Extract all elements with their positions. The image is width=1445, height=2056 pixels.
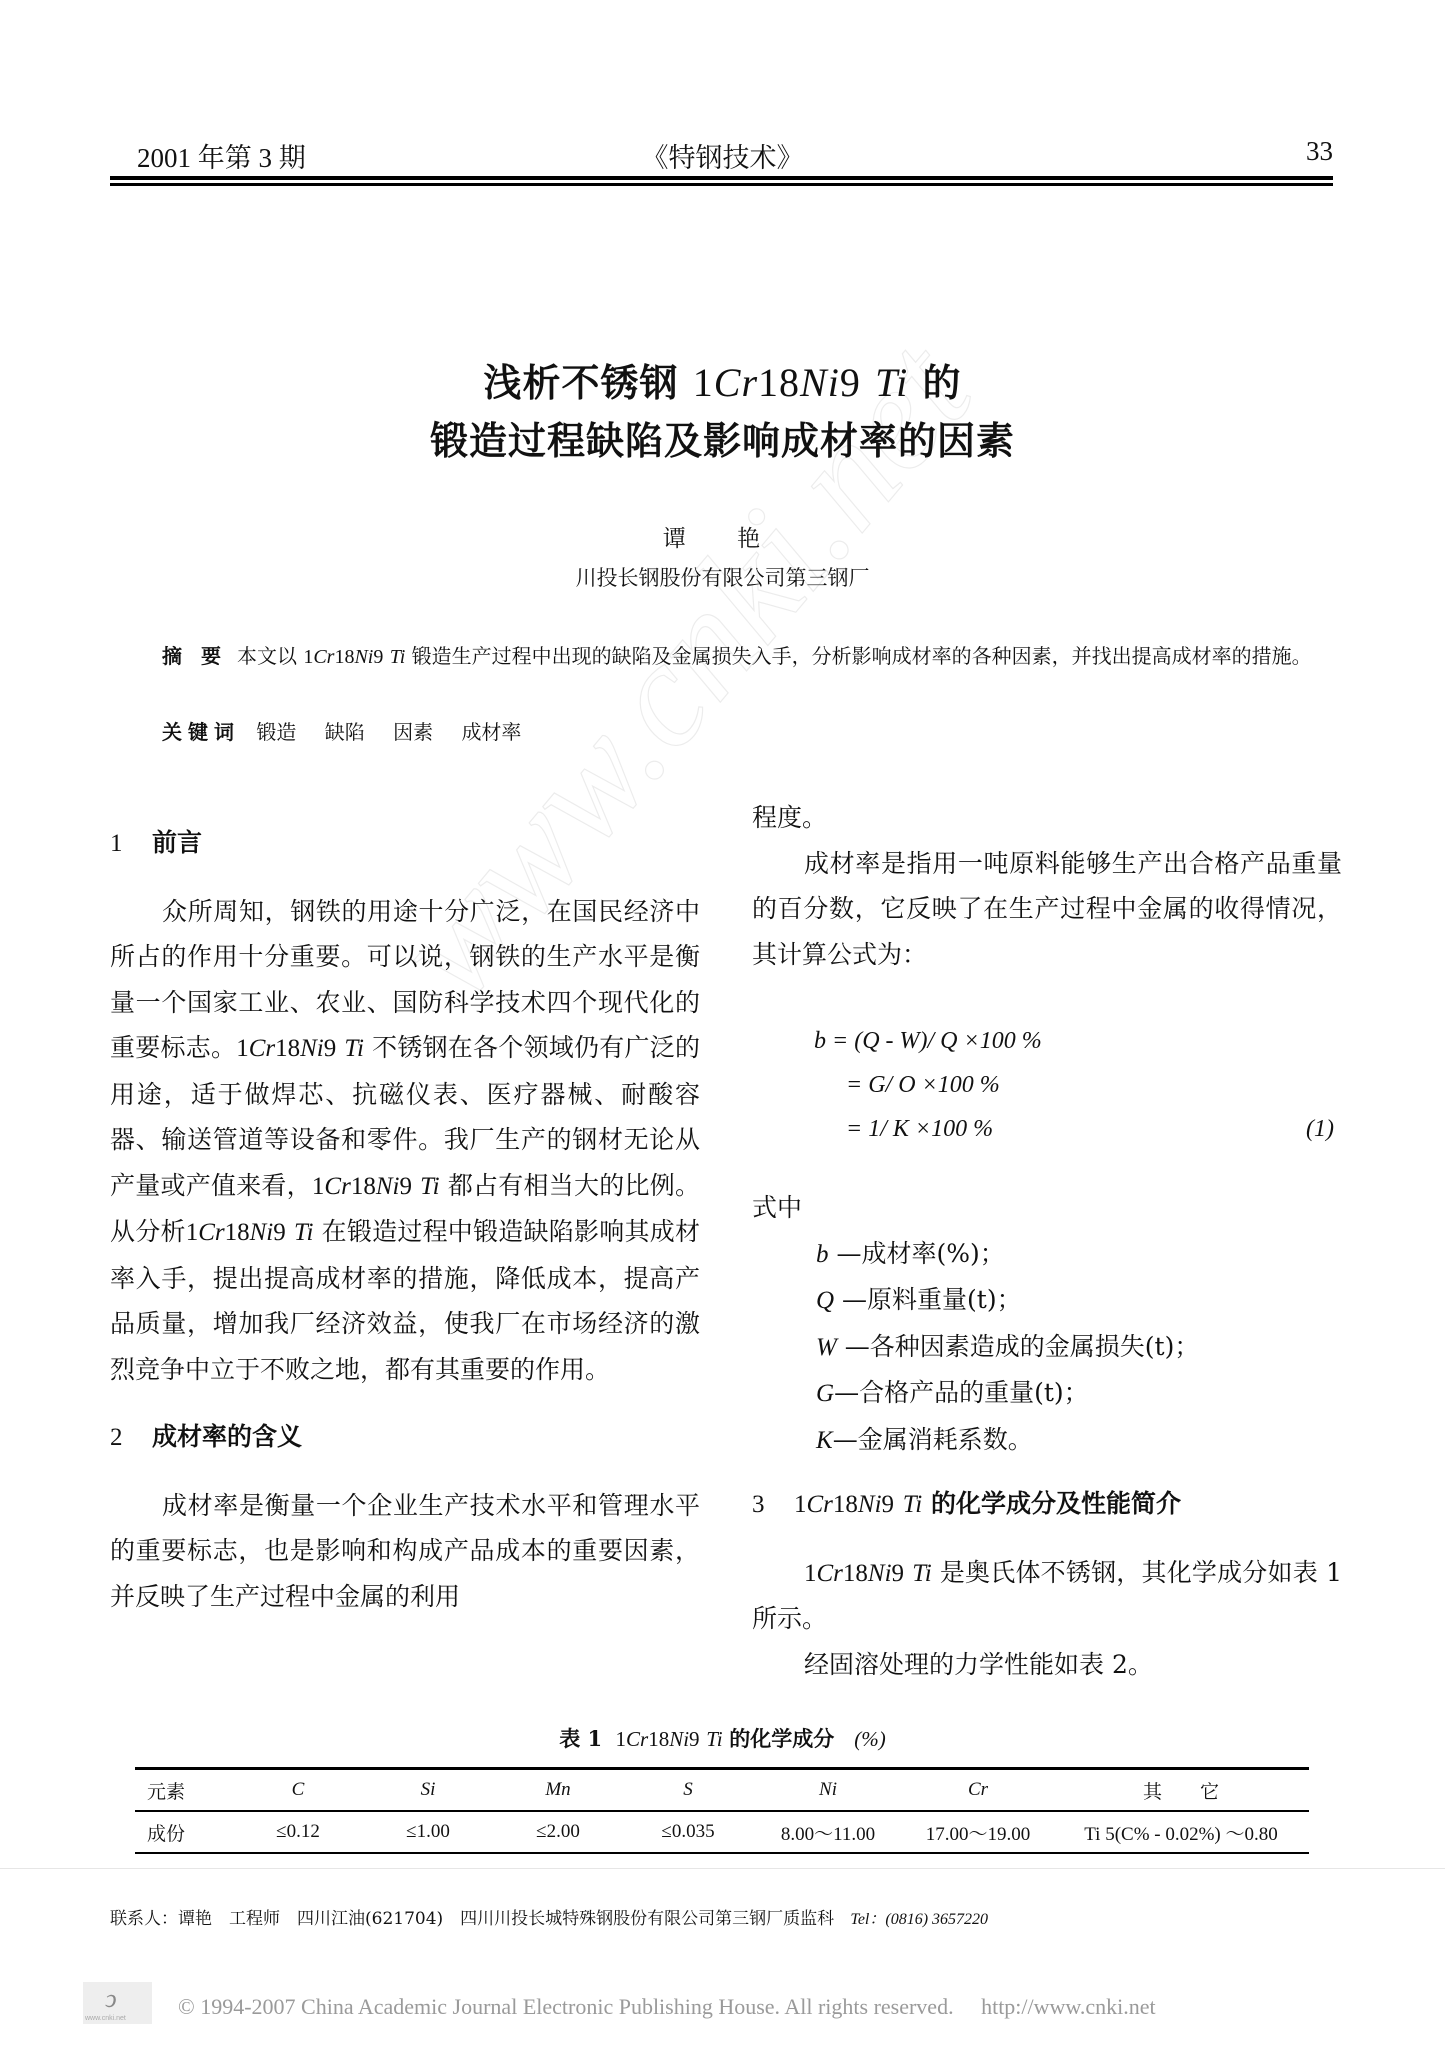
symbol: W [816, 1334, 837, 1361]
right-column: 程度。 成材率是指用一吨原料能够生产出合格产品重量的百分数，它反映了在生产过程中… [752, 795, 1342, 1687]
title-text: 的 [922, 361, 961, 405]
element: Mn [545, 1779, 570, 1800]
abstract-text: 本文以 [237, 644, 297, 668]
keyword: 因素 [393, 720, 433, 744]
alloy-part: Ti [875, 360, 908, 405]
contact-tel: Tel：(0816) 3657220 [850, 1911, 988, 1928]
element: C [292, 1779, 305, 1800]
affiliation: 川投长钢股份有限公司第三钢厂 [0, 562, 1445, 592]
formula-text: = 1/ K ×100 % [846, 1116, 993, 1142]
page-subtitle: 锻造过程缺陷及影响成材率的因素 [0, 410, 1445, 465]
abstract-label: 摘 要 [162, 644, 227, 668]
header-cell: Ni [753, 1769, 903, 1812]
definition-item: W —各种因素造成的金属损失(t)； [752, 1324, 1342, 1371]
value-cell: ≤0.12 [233, 1811, 363, 1853]
formula-line: b = (Q - W)/ Q ×100 % [814, 1019, 1342, 1063]
journal-name: 《特钢技术》 [0, 136, 1445, 175]
cnki-logo-icon: ↄ [105, 1984, 117, 2014]
header-cell: S [623, 1769, 753, 1812]
table-row: 成份 ≤0.12 ≤1.00 ≤2.00 ≤0.035 8.00～11.00 1… [135, 1811, 1309, 1853]
header-rule [110, 176, 1333, 180]
value-cell: 8.00～11.00 [753, 1811, 903, 1853]
value-cell: Ti 5(C% - 0.02%) ～0.80 [1053, 1811, 1309, 1853]
formula-text: = G/ O ×100 % [846, 1072, 1000, 1098]
section-heading-1: 1前言 [110, 820, 700, 867]
definition-list: b —成材率(%)； Q —原料重量(t)； W —各种因素造成的金属损失(t)… [752, 1231, 1342, 1464]
alloy-part: Cr [714, 360, 758, 405]
page-number: 33 [1306, 136, 1333, 167]
value-cell: ≤2.00 [493, 1811, 623, 1853]
element: Cr [968, 1779, 988, 1800]
contact-text: 联系人：谭艳 工程师 四川江油(621704) 四川川投长城特殊钢股份有限公司第… [110, 1909, 834, 1929]
header-cell: C [233, 1769, 363, 1812]
paragraph: 经固溶处理的力学性能如表 2。 [752, 1642, 1342, 1688]
keyword: 缺陷 [325, 720, 365, 744]
formula-text: b = (Q - W)/ Q ×100 % [814, 1028, 1042, 1054]
paragraph-continuation: 程度。 [752, 795, 1342, 841]
section-heading-2: 2成材率的含义 [110, 1414, 700, 1461]
value-cell: 17.00～19.00 [903, 1811, 1053, 1853]
keywords-label: 关键词 [162, 720, 240, 744]
element: S [683, 1779, 693, 1800]
definition: —金属消耗系数。 [833, 1425, 1033, 1454]
section-title: 前言 [152, 828, 202, 857]
caption-unit: (%) [854, 1727, 885, 1751]
abstract: 摘 要本文以 1Cr18Ni9 Ti 锻造生产过程中出现的缺陷及金属损失入手，分… [110, 640, 1335, 674]
definition-item: b —成材率(%)； [752, 1231, 1342, 1278]
symbol: b [816, 1241, 829, 1268]
definition: —成材率(%)； [836, 1239, 1004, 1268]
paragraph: 成材率是衡量一个企业生产技术水平和管理水平的重要标志，也是影响和构成产品成本的重… [110, 1483, 700, 1620]
header-cell: 元素 [135, 1769, 233, 1812]
caption-label: 表 1 [559, 1726, 602, 1751]
section-number: 2 [110, 1415, 152, 1461]
keywords: 关键词 锻造 缺陷 因素 成材率 [162, 716, 543, 749]
page-title: 浅析不锈钢 1Cr18Ni9 Ti 的 [0, 352, 1445, 407]
header-cell: 其 它 [1053, 1769, 1309, 1812]
formula-line: = 1/ K ×100 %(1) [814, 1107, 1342, 1151]
caption-text: 的化学成分 [729, 1726, 834, 1751]
definition: —各种因素造成的金属损失(t)； [845, 1332, 1200, 1361]
definition-item: G—合格产品的重量(t)； [752, 1370, 1342, 1417]
alloy-part: Ni [800, 360, 840, 405]
section-title: 的化学成分及性能简介 [931, 1489, 1181, 1518]
section-title: 成材率的含义 [152, 1422, 302, 1451]
definition-item: K—金属消耗系数。 [752, 1417, 1342, 1464]
alloy-part: 1 [693, 360, 714, 405]
header-cell: Mn [493, 1769, 623, 1812]
alloy-part: 9 [840, 360, 861, 405]
title-text: 浅析不锈钢 [484, 361, 679, 405]
definition: —原料重量(t)； [842, 1285, 1022, 1314]
paragraph: 众所周知，钢铁的用途十分广泛，在国民经济中所占的作用十分重要。可以说，钢铁的生产… [110, 889, 700, 1393]
element: Si [421, 1779, 436, 1800]
table-caption: 表 1 1Cr18Ni9 Ti 的化学成分 (%) [0, 1723, 1445, 1753]
value-cell: ≤1.00 [363, 1811, 493, 1853]
header-rule [110, 183, 1333, 186]
header-cell: Si [363, 1769, 493, 1812]
where-label: 式中 [752, 1185, 1342, 1231]
contact-footnote: 联系人：谭艳 工程师 四川江油(621704) 四川川投长城特殊钢股份有限公司第… [110, 1904, 988, 1929]
symbol: G [816, 1380, 834, 1407]
table-header-row: 元素 C Si Mn S Ni Cr 其 它 [135, 1769, 1309, 1812]
symbol: Q [816, 1287, 834, 1314]
abstract-text: 锻造生产过程中出现的缺陷及金属损失入手，分析影响成材率的各种因素，并找出提高成材… [412, 644, 1312, 668]
keyword: 锻造 [256, 720, 296, 744]
paragraph: 成材率是指用一吨原料能够生产出合格产品重量的百分数，它反映了在生产过程中金属的收… [752, 841, 1342, 978]
section-number: 1 [110, 821, 152, 867]
symbol: K [816, 1427, 833, 1454]
alloy-name: 1Cr18Ni9 Ti [303, 644, 405, 668]
equation-number: (1) [1306, 1107, 1334, 1151]
formula-line: = G/ O ×100 % [814, 1063, 1342, 1107]
logo-caption: www.cnki.net [85, 2015, 126, 2022]
header-cell: Cr [903, 1769, 1053, 1812]
cnki-logo: ↄ www.cnki.net [83, 1982, 152, 2024]
keyword: 成材率 [461, 720, 521, 744]
value-cell: ≤0.035 [623, 1811, 753, 1853]
alloy-part: 18 [758, 360, 800, 405]
formula: b = (Q - W)/ Q ×100 % = G/ O ×100 % = 1/… [752, 1019, 1342, 1151]
definition: —合格产品的重量(t)； [834, 1378, 1089, 1407]
left-column: 1前言 众所周知，钢铁的用途十分广泛，在国民经济中所占的作用十分重要。可以说，钢… [110, 820, 700, 1619]
section-heading-3: 31Cr18Ni9 Ti 的化学成分及性能简介 [752, 1481, 1342, 1528]
row-label: 成份 [135, 1811, 233, 1853]
composition-table: 元素 C Si Mn S Ni Cr 其 它 成份 ≤0.12 ≤1.00 ≤2… [135, 1767, 1309, 1854]
footnote-divider [0, 1868, 1445, 1869]
section-number: 3 [752, 1482, 794, 1528]
paragraph: 1Cr18Ni9 Ti 是奥氏体不锈钢，其化学成分如表 1 所示。 [752, 1550, 1342, 1642]
copyright-notice: © 1994-2007 China Academic Journal Elect… [178, 1990, 1156, 2021]
element: Ni [819, 1779, 837, 1800]
author: 谭 艳 [0, 520, 1445, 553]
definition-item: Q —原料重量(t)； [752, 1277, 1342, 1324]
